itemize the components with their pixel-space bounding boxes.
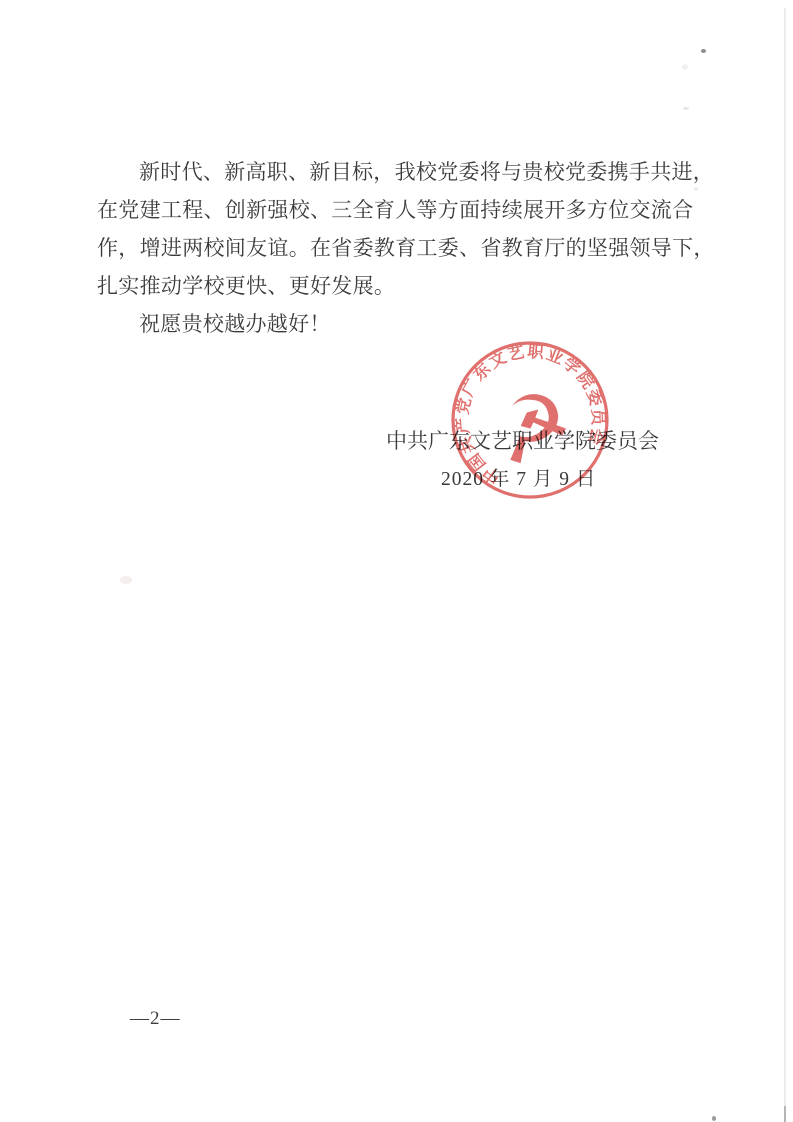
scan-speck — [701, 49, 706, 53]
signature-date: 2020 年 7 月 9 日 — [441, 463, 596, 491]
scan-edge-line-dark — [784, 1106, 786, 1122]
scan-speck — [694, 187, 698, 191]
signature-organization: 中共广东文艺职业学院委员会 — [386, 425, 666, 455]
body-line-4: 扎实推动学校更快、更好发展。 — [97, 267, 717, 305]
body-line-5: 祝愿贵校越办越好！ — [139, 305, 717, 343]
body-line-2: 在党建工程、创新强校、三全育人等方面持续展开多方位交流合 — [97, 191, 717, 229]
scan-speck — [712, 1116, 716, 1121]
body-line-3: 作，增进两校间友谊。在省委教育工委、省教育厅的坚强领导下， — [97, 229, 717, 267]
body-line-1: 新时代、新高职、新目标，我校党委将与贵校党委携手共进， — [139, 153, 717, 191]
scan-speck — [682, 64, 688, 70]
scan-speck — [683, 107, 689, 110]
letter-body: 新时代、新高职、新目标，我校党委将与贵校党委携手共进， 在党建工程、创新强校、三… — [97, 153, 717, 343]
page-number: —2— — [130, 1008, 181, 1030]
document-page: 新时代、新高职、新目标，我校党委将与贵校党委携手共进， 在党建工程、创新强校、三… — [0, 0, 793, 1122]
scan-speck — [120, 576, 132, 584]
scan-edge-line — [784, 8, 786, 1108]
